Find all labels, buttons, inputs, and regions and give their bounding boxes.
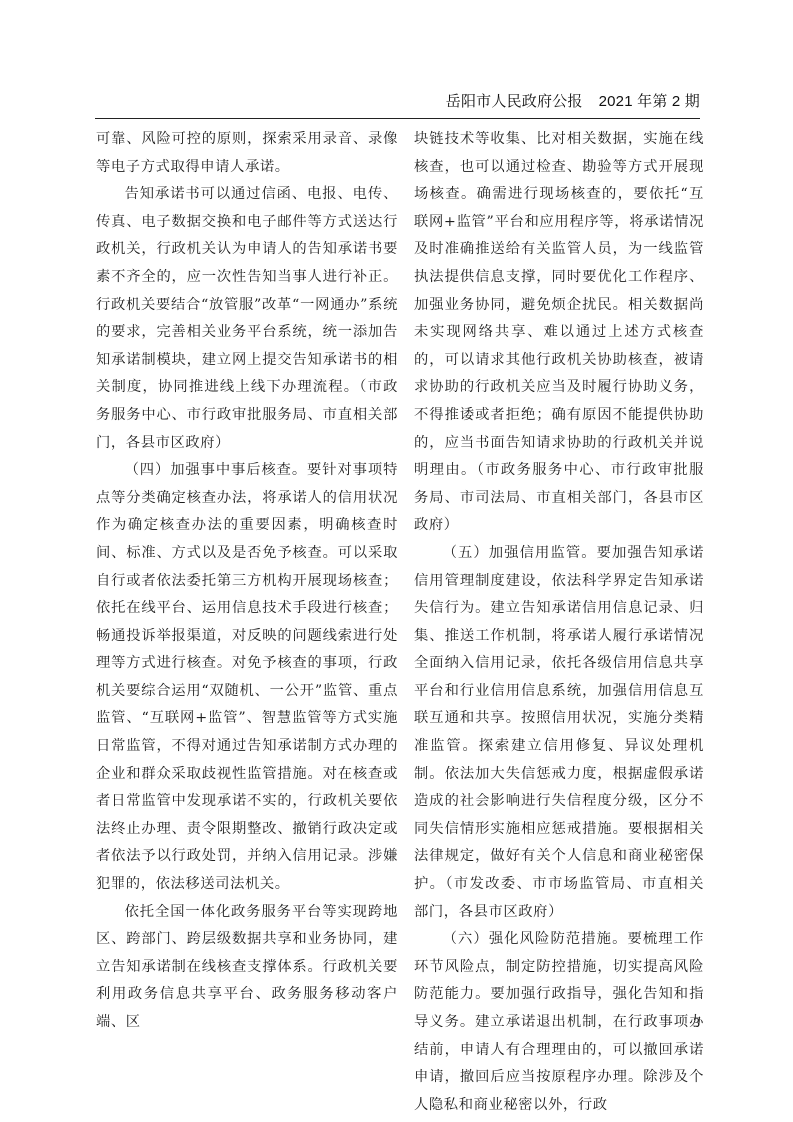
paragraph: （六）强化风险防范措施。要梳理工作环节风险点，制定防控措施，切实提高风险防范能力…	[414, 926, 704, 1119]
paragraph: 块链技术等收集、比对相关数据，实施在线核查，也可以通过检查、勘验等方式开展现场核…	[414, 126, 704, 540]
paragraph: （四）加强事中事后核查。要针对事项特点等分类确定核查办法，将承诺人的信用状况作为…	[96, 457, 398, 899]
paragraph: （五）加强信用监管。要加强告知承诺信用管理制度建设，依法科学界定告知承诺失信行为…	[414, 540, 704, 926]
paragraph: 告知承诺书可以通过信函、电报、电传、传真、电子数据交换和电子邮件等方式送达行政机…	[96, 181, 398, 457]
paragraph: 可靠、风险可控的原则，探索采用录音、录像等电子方式取得申请人承诺。	[96, 126, 398, 181]
paragraph: 依托全国一体化政务服务平台等实现跨地区、跨部门、跨层级数据共享和业务协同，建立告…	[96, 899, 398, 1037]
running-header: 岳阳市人民政府公报2021 年第 2 期	[95, 91, 700, 113]
issue-label: 2021 年第 2 期	[599, 93, 700, 110]
page-number: 3	[680, 1014, 700, 1034]
left-column: 可靠、风险可控的原则，探索采用录音、录像等电子方式取得申请人承诺。 告知承诺书可…	[96, 126, 398, 1037]
right-column: 块链技术等收集、比对相关数据，实施在线核查，也可以通过检查、勘验等方式开展现场核…	[414, 126, 704, 1119]
publication-title: 岳阳市人民政府公报	[446, 93, 583, 110]
header-rule	[95, 118, 700, 119]
